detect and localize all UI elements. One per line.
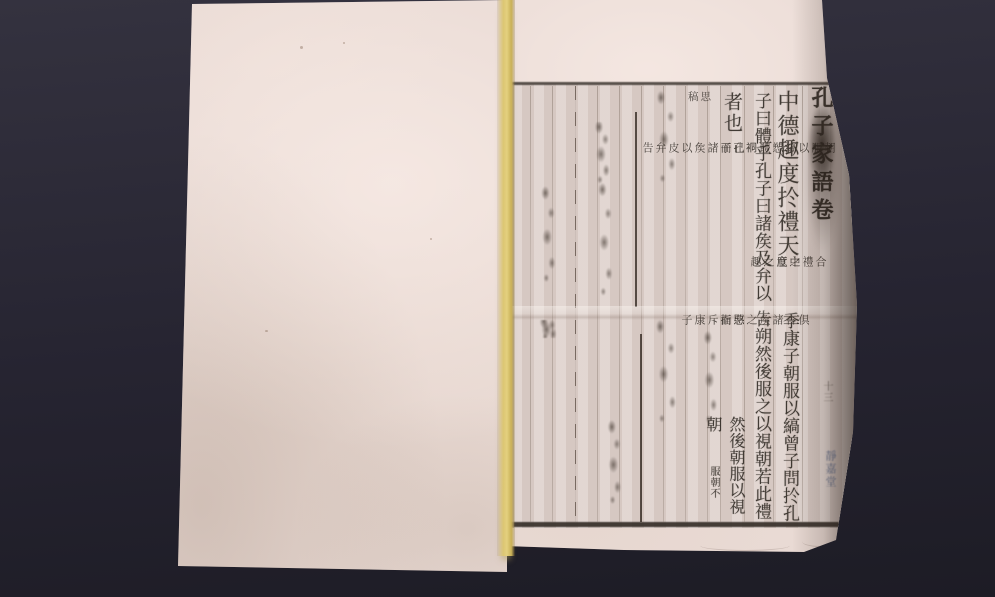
photo-background: 孔子家語卷 中德趣度扵禮天 中意之趣 合禮之度 季康子朝服以縞曾子問扵孔 子曰體… — [0, 0, 995, 597]
library-seal: 靜嘉堂 — [822, 450, 838, 489]
text-column-main: 子曰體乎孔子曰諸矦及弁以 — [746, 92, 774, 302]
commentary-tail: 服朝不 — [709, 466, 721, 499]
commentary-left: 合禮之度 — [775, 256, 827, 267]
ink-smudge — [540, 185, 558, 285]
paper-speck — [300, 46, 303, 49]
folio-number: 十三 — [819, 381, 834, 403]
text-column-main: 者也 — [718, 92, 746, 134]
ink-smudge — [593, 122, 613, 184]
column-rule — [552, 86, 553, 522]
column-rule — [530, 86, 531, 522]
text-column-main: 中德趣度扵禮天 — [774, 90, 802, 258]
paper-speck — [430, 238, 432, 240]
ink-smudge — [536, 320, 562, 338]
paper-speck — [343, 42, 345, 44]
ink-smudge — [597, 180, 615, 300]
ink-smudge — [650, 318, 684, 426]
ink-smudge — [703, 330, 719, 426]
block-border-bottom — [510, 522, 860, 527]
text-column-main: 季康子朝服以縞曾子問扵孔 — [774, 312, 802, 522]
left-page — [175, 0, 507, 575]
text-column-main: 然後朝服以視朝 — [720, 416, 748, 528]
book-title-column: 孔子家語卷 — [806, 86, 836, 226]
margin-scratch — [700, 540, 790, 551]
column-rule-dark — [640, 334, 642, 522]
column-rule-dark — [635, 112, 637, 307]
text-column-main: 告朔然後服之以視朝若此禮 — [746, 310, 774, 520]
paper-speck — [265, 330, 268, 332]
page-fold — [497, 0, 515, 556]
commentary-left: 朝服以縞愬體𧙥孔子 — [719, 142, 836, 153]
margin-scratch — [802, 536, 838, 547]
fold-crease — [510, 306, 858, 320]
ink-smudge — [607, 420, 623, 506]
right-page: 孔子家語卷 中德趣度扵禮天 中意之趣 合禮之度 季康子朝服以縞曾子問扵孔 子曰體… — [504, 0, 862, 575]
block-border-top — [512, 82, 852, 85]
column-rule — [575, 86, 576, 522]
small-head-chars: 稿思 — [688, 89, 713, 104]
ink-smudge — [652, 90, 682, 185]
